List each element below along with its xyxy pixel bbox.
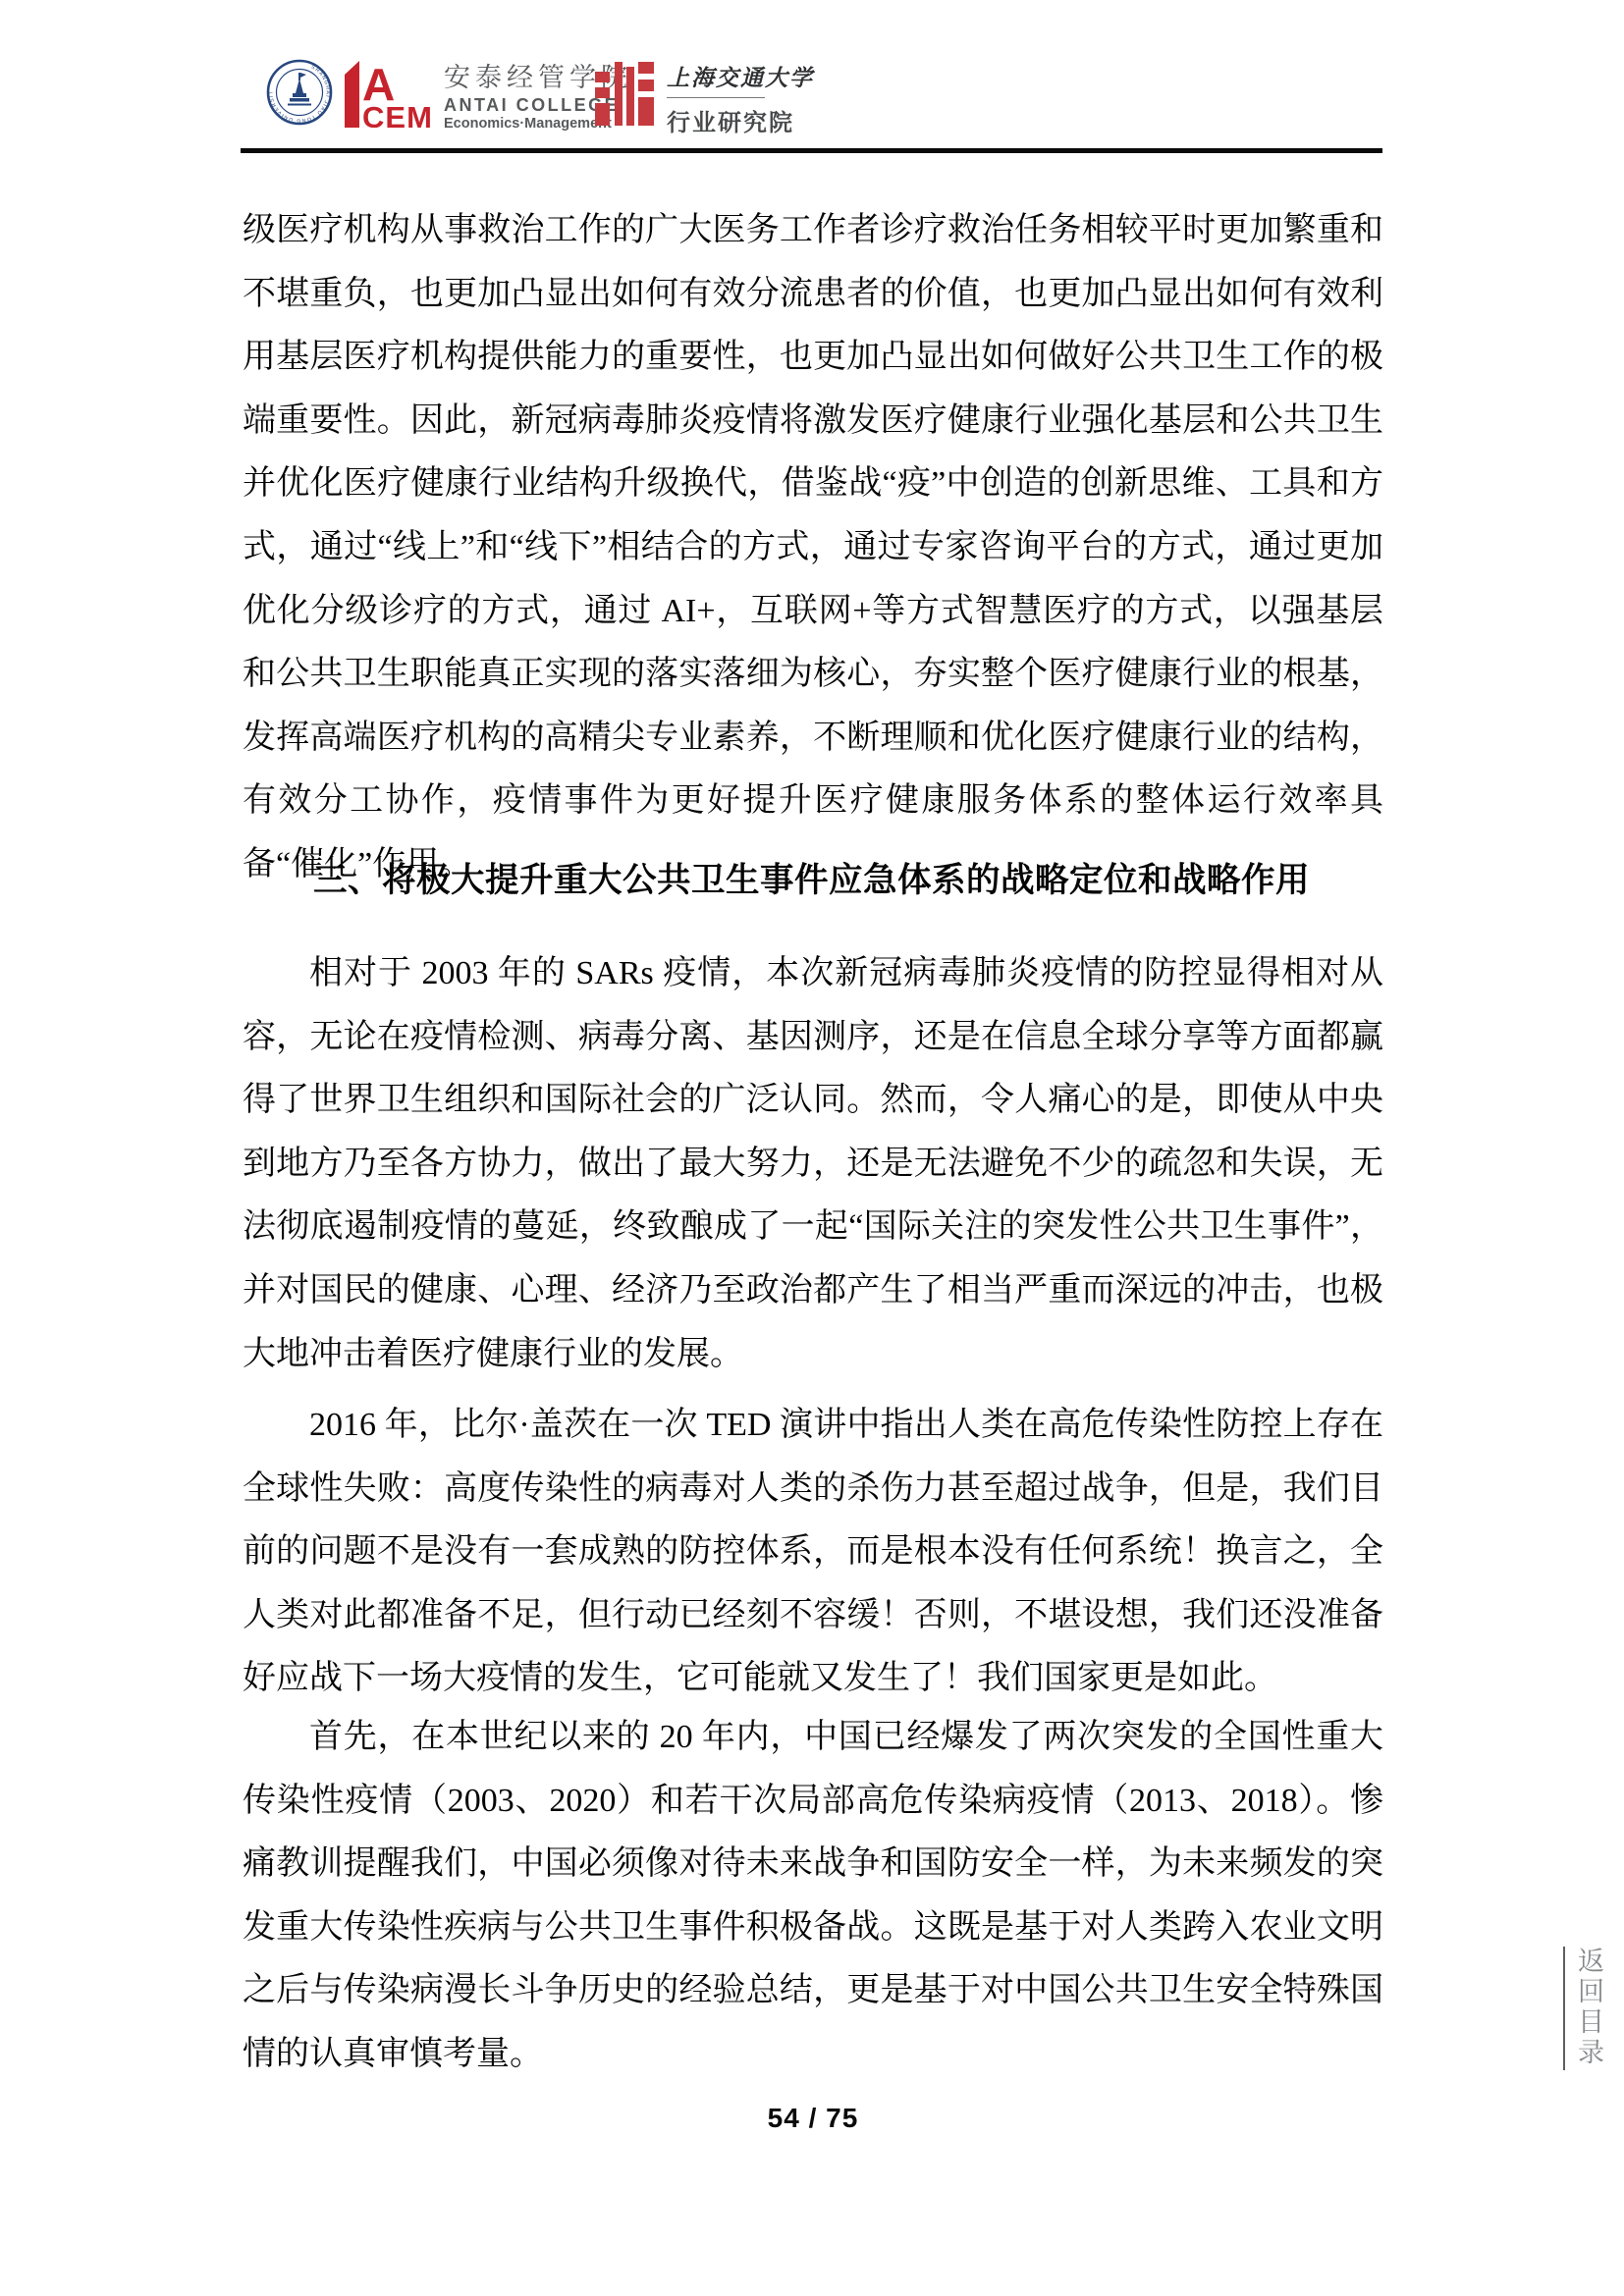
srii-institute-name: 行业研究院 (667, 103, 775, 137)
header-rule (241, 148, 1382, 153)
srii-divider (667, 97, 765, 98)
paragraph: 首先，在本世纪以来的 20 年内，中国已经爆发了两次突发的全国性重大传染性疫情（… (243, 1706, 1383, 2087)
srii-wordmark: 上海交通大学 行业研究院 (667, 60, 775, 137)
section-heading: 三、将极大提升重大公共卫生事件应急体系的战略定位和战略作用 (243, 858, 1383, 903)
srii-logo-icon (595, 62, 654, 126)
page-number: 54 / 75 (243, 2103, 1383, 2134)
sjtu-script-name: 上海交通大学 (667, 60, 775, 92)
paragraph: 相对于 2003 年的 SARs 疫情，本次新冠病毒肺炎疫情的防控显得相对从容，… (243, 942, 1383, 1386)
page-header: SHANGHAI JIAO TONG UNIVERSITY A CEM 安泰经管… (0, 0, 1624, 147)
sjtu-seal-icon: SHANGHAI JIAO TONG UNIVERSITY (266, 59, 333, 126)
paragraph-continued: 级医疗机构从事救治工作的广大医务工作者诊疗救治任务相较平时更加繁重和不堪重负，也… (243, 199, 1383, 897)
paragraph: 2016 年，比尔·盖茨在一次 TED 演讲中指出人类在高危传染性防控上存在全球… (243, 1394, 1383, 1711)
acem-letters-cem: CEM (362, 100, 433, 128)
document-page: SHANGHAI JIAO TONG UNIVERSITY A CEM 安泰经管… (0, 0, 1624, 2296)
acem-logo-icon: A CEM (343, 59, 433, 128)
back-to-toc-link[interactable]: 返回目录 (1563, 1947, 1608, 2070)
